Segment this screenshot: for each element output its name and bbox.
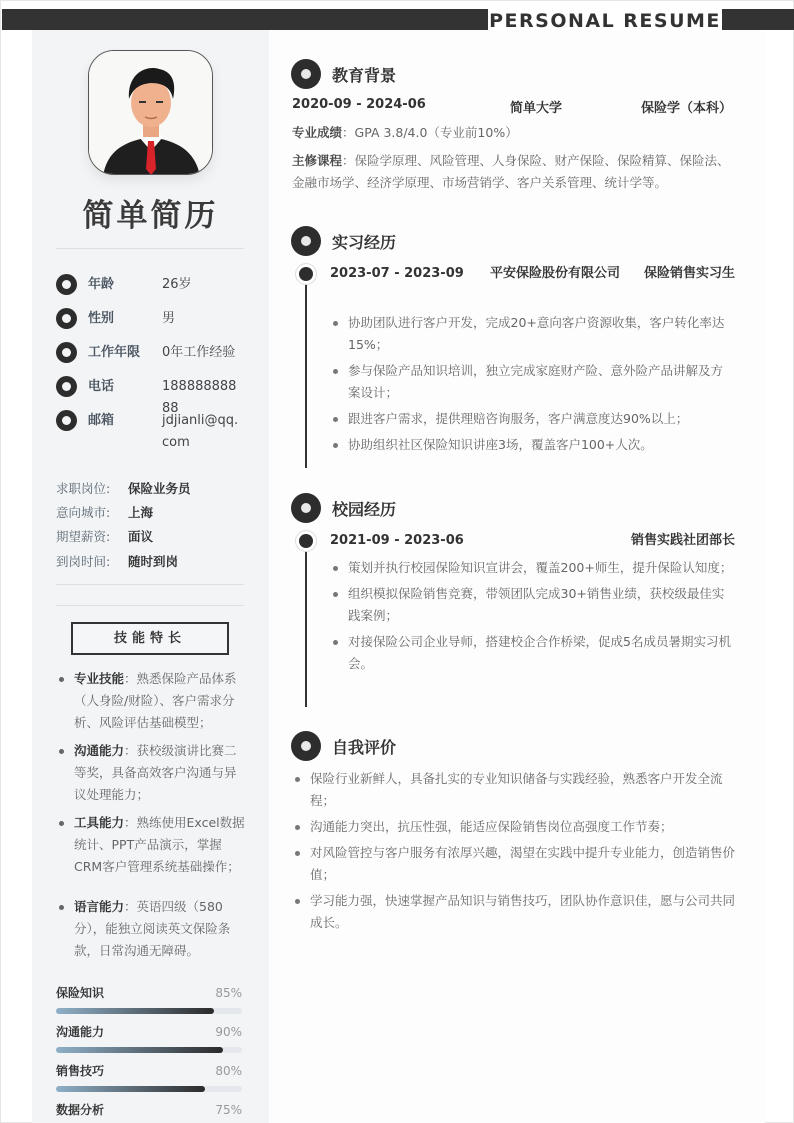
job-label: 意向城市: xyxy=(56,504,128,522)
skill-title: 语言能力 xyxy=(74,899,124,914)
bar-percent: 90% xyxy=(215,1024,242,1040)
skill-item: 工具能力：熟练使用Excel数据统计、PPT产品演示，掌握CRM客户管理系统基础… xyxy=(56,812,246,878)
skill-title: 专业技能 xyxy=(74,671,124,686)
campus-role: 销售实践社团部长 xyxy=(631,530,735,551)
skill-bar-sales: 销售技巧80% xyxy=(56,1063,242,1092)
bar-fill xyxy=(56,1047,223,1053)
skill-title: 工具能力 xyxy=(74,815,124,830)
job-position: 求职岗位:保险业务员 xyxy=(56,480,191,498)
section-ring-icon xyxy=(291,59,321,89)
info-label: 邮箱 xyxy=(88,410,162,431)
timeline-dot-icon xyxy=(299,267,313,281)
bar-track xyxy=(56,1086,242,1092)
bar-track xyxy=(56,1047,242,1053)
bar-percent: 85% xyxy=(215,985,242,1001)
divider xyxy=(56,605,244,606)
bar-label: 销售技巧 xyxy=(56,1063,104,1079)
bullet-item: 对风险管控与客户服务有浓厚兴趣，渴望在实践中提升专业能力，创造销售价值； xyxy=(292,842,737,886)
bar-percent: 80% xyxy=(215,1063,242,1079)
ring-bullet-icon xyxy=(56,274,77,295)
job-value: 面议 xyxy=(128,529,153,544)
ring-bullet-icon xyxy=(56,342,77,363)
section-ring-icon xyxy=(291,226,321,256)
bar-percent: 75% xyxy=(215,1102,242,1118)
education-gpa: 专业成绩：GPA 3.8/4.0（专业前10%） xyxy=(292,122,732,144)
bar-fill xyxy=(56,1008,214,1014)
ring-bullet-icon xyxy=(56,308,77,329)
info-label: 工作年限 xyxy=(88,342,162,363)
education-courses: 主修课程：保险学原理、风险管理、人身保险、财产保险、保险精算、保险法、金融市场学… xyxy=(292,150,732,194)
skills-heading: 技能特长 xyxy=(71,622,229,655)
bullet-item: 跟进客户需求，提供理赔咨询服务，客户满意度达90%以上； xyxy=(330,408,735,430)
campus-date: 2021-09 - 2023-06 xyxy=(330,530,464,551)
skill-item: 沟通能力：获校级演讲比赛二等奖，具备高效客户沟通与异议处理能力； xyxy=(56,740,246,806)
internship-date: 2023-07 - 2023-09 xyxy=(330,263,464,284)
avatar xyxy=(88,50,213,175)
courses-label: 主修课程 xyxy=(292,153,342,168)
gpa-text: ：GPA 3.8/4.0（专业前10%） xyxy=(342,125,518,140)
internship-role: 保险销售实习生 xyxy=(644,263,735,284)
info-label: 电话 xyxy=(88,376,162,397)
divider xyxy=(56,248,244,249)
bullet-item: 组织模拟保险销售竞赛，带领团队完成30+销售业绩，获校级最佳实践案例； xyxy=(330,583,735,627)
section-title-text: 实习经历 xyxy=(332,230,396,253)
skill-bar-communication: 沟通能力90% xyxy=(56,1024,242,1053)
section-title-text: 教育背景 xyxy=(332,63,396,86)
bullet-item: 协助团队进行客户开发，完成20+意向客户资源收集，客户转化率达15%； xyxy=(330,312,735,356)
info-age: 年龄 26岁 xyxy=(56,274,244,296)
section-self-eval-title: 自我评价 xyxy=(291,731,396,761)
info-value: 26岁 xyxy=(162,274,244,296)
section-title-text: 自我评价 xyxy=(332,735,396,758)
campus-bullets: 策划并执行校园保险知识宣讲会，覆盖200+师生，提升保险认知度； 组织模拟保险销… xyxy=(330,557,735,679)
sidebar: 简单简历 年龄 26岁 性别 男 工作年限 0年工作经验 电话 18888888… xyxy=(32,30,269,1123)
skills-list: 专业技能：熟悉保险产品体系（人身险/财险）、客户需求分析、风险评估基础模型； 沟… xyxy=(56,668,246,968)
job-city: 意向城市:上海 xyxy=(56,504,153,522)
section-ring-icon xyxy=(291,731,321,761)
divider xyxy=(56,584,244,585)
bullet-item: 协助组织社区保险知识讲座3场，覆盖客户100+人次。 xyxy=(330,434,735,456)
info-gender: 性别 男 xyxy=(56,308,244,330)
bullet-item: 沟通能力突出，抗压性强，能适应保险销售岗位高强度工作节奏； xyxy=(292,816,737,838)
bullet-item: 对接保险公司企业导师，搭建校企合作桥梁，促成5名成员暑期实习机会。 xyxy=(330,631,735,675)
bullet-item: 参与保险产品知识培训，独立完成家庭财产险、意外险产品讲解及方案设计； xyxy=(330,360,735,404)
education-major: 保险学（本科） xyxy=(641,97,732,116)
job-label: 求职岗位: xyxy=(56,480,128,498)
timeline-line xyxy=(305,274,307,468)
ring-bullet-icon xyxy=(56,376,77,397)
skill-item: 语言能力：英语四级（580分），能独立阅读英文保险条款，日常沟通无障碍。 xyxy=(56,896,246,962)
bar-label: 沟通能力 xyxy=(56,1024,104,1040)
bar-fill xyxy=(56,1086,205,1092)
info-value: 男 xyxy=(162,308,244,330)
bullet-item: 策划并执行校园保险知识宣讲会，覆盖200+师生，提升保险认知度； xyxy=(330,557,735,579)
timeline-dot-icon xyxy=(299,534,313,548)
bullet-item: 保险行业新鲜人，具备扎实的专业知识储备与实践经验，熟悉客户开发全流程； xyxy=(292,768,737,812)
section-education-title: 教育背景 xyxy=(291,59,396,89)
info-email: 邮箱 jdjianli@qq.com xyxy=(56,410,244,454)
ring-bullet-icon xyxy=(56,410,77,431)
job-salary: 期望薪资:面议 xyxy=(56,528,153,546)
job-start: 到岗时间:随时到岗 xyxy=(56,553,178,571)
section-campus-title: 校园经历 xyxy=(291,493,396,523)
info-experience: 工作年限 0年工作经验 xyxy=(56,342,244,364)
education-date: 2020-09 - 2024-06 xyxy=(292,97,426,112)
bar-track xyxy=(56,1008,242,1014)
job-value: 上海 xyxy=(128,505,153,520)
bullet-item: 学习能力强，快速掌握产品知识与销售技巧，团队协作意识佳，愿与公司共同成长。 xyxy=(292,890,737,934)
info-value: 0年工作经验 xyxy=(162,342,244,364)
self-eval-bullets: 保险行业新鲜人，具备扎实的专业知识储备与实践经验，熟悉客户开发全流程； 沟通能力… xyxy=(292,768,737,938)
skill-bar-insurance: 保险知识85% xyxy=(56,985,242,1014)
info-label: 性别 xyxy=(88,308,162,329)
courses-text: ：保险学原理、风险管理、人身保险、财产保险、保险精算、保险法、金融市场学、经济学… xyxy=(292,153,730,190)
timeline-line xyxy=(305,541,307,707)
info-label: 年龄 xyxy=(88,274,162,295)
job-value: 随时到岗 xyxy=(128,554,178,569)
avatar-portrait-icon xyxy=(89,51,213,175)
job-label: 期望薪资: xyxy=(56,528,128,546)
bar-label: 数据分析 xyxy=(56,1102,104,1118)
section-title-text: 校园经历 xyxy=(332,497,396,520)
section-internship-title: 实习经历 xyxy=(291,226,396,256)
info-value[interactable]: jdjianli@qq.com xyxy=(162,410,244,454)
skill-bar-data: 数据分析75% xyxy=(56,1102,242,1123)
job-value: 保险业务员 xyxy=(128,481,191,496)
gpa-label: 专业成绩 xyxy=(292,125,342,140)
education-school: 简单大学 xyxy=(510,97,562,116)
resume-page: PERSONAL RESUME 简单简历 年龄 26岁 xyxy=(0,0,794,1123)
section-ring-icon xyxy=(291,493,321,523)
skill-item: 专业技能：熟悉保险产品体系（人身险/财险）、客户需求分析、风险评估基础模型； xyxy=(56,668,246,734)
skill-title: 沟通能力 xyxy=(74,743,124,758)
job-label: 到岗时间: xyxy=(56,553,128,571)
internship-bullets: 协助团队进行客户开发，完成20+意向客户资源收集，客户转化率达15%； 参与保险… xyxy=(330,312,735,460)
candidate-name: 简单简历 xyxy=(32,190,269,235)
bar-label: 保险知识 xyxy=(56,985,104,1001)
main-content: 教育背景 2020-09 - 2024-06 简单大学 保险学（本科） 专业成绩… xyxy=(269,30,765,1123)
internship-company: 平安保险股份有限公司 xyxy=(490,263,620,284)
